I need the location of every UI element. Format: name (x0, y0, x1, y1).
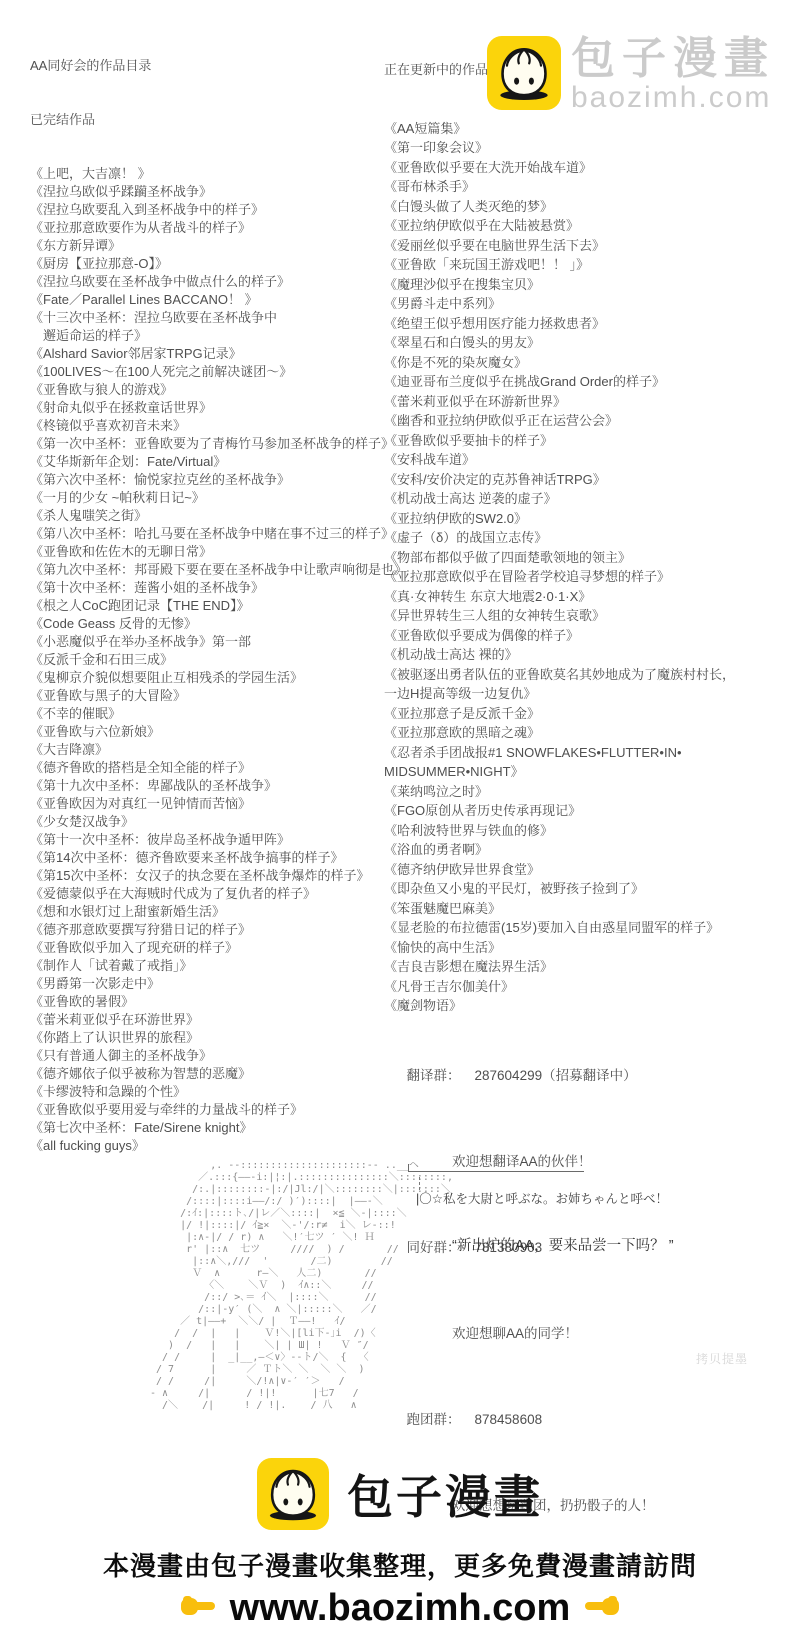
work-title: 《亚鲁欧的暑假》 (30, 993, 390, 1011)
work-title: 《鬼柳京介貌似想要阻止互相残杀的学园生活》 (30, 669, 390, 687)
work-title: 《愉快的高中生活》 (384, 938, 796, 958)
work-title: 《德齐娜依子似乎被称为智慧的恶魔》 (30, 1065, 390, 1083)
work-title: 《制作人「试着戴了戒指」》 (30, 957, 390, 975)
work-title: 《即杂鱼又小鬼的平民灯，被野孩子捡到了》 (384, 879, 796, 899)
work-title: 《安科战车道》 (384, 450, 796, 470)
work-title: 《哥布林杀手》 (384, 177, 796, 197)
work-title: 《虚子（δ）的战国立志传》 (384, 528, 796, 548)
work-title: 一边H提高等级一边复仇》 (384, 684, 796, 704)
work-title: 《十三次中圣杯：涅拉乌欧要在圣杯战争中 (30, 309, 390, 327)
work-title: 《亚鲁欧似乎要成为偶像的样子》 (384, 626, 796, 646)
work-title: 《第15次中圣杯：女汉子的执念要在圣杯战争爆炸的样子》 (30, 867, 390, 885)
footer-url-row[interactable]: www.baozimh.com (0, 1587, 800, 1630)
work-title: 《射命丸似乎在拯救童话世界》 (30, 399, 390, 417)
work-title: 《德齐那意欧要撰写狩猎日记的样子》 (30, 921, 390, 939)
work-title: 《Code Geass 反骨的无惨》 (30, 615, 390, 633)
work-title: 《哈利波特世界与铁血的修》 (384, 821, 796, 841)
work-title: 《涅拉乌欧要在圣杯战争中做点什么的样子》 (30, 273, 390, 291)
watermark-domain: baozimh.com (571, 82, 775, 114)
ongoing-works-column: 正在更新中的作品 《AA短篇集》《第一印象会议》《亚鲁欧似乎要在大洗开始战车道》… (384, 21, 796, 1055)
work-title: 《FGO原创从者历史传承再现记》 (384, 801, 796, 821)
page: 包子漫畫 baozimh.com AA同好会的作品目录 已完结作品 《上吧，大吉… (0, 0, 800, 1648)
work-title: 《Alshard Savior邻居家TRPG记录》 (30, 345, 390, 363)
ascii-art: ,. -‐:::::::::::::::::::::‐- ..__ヘ ／.:::… (150, 1160, 453, 1412)
work-title: 《莱纳鸣泣之时》 (384, 782, 796, 802)
work-title: 《蕾米莉亚似乎在环游新世界》 (384, 392, 796, 412)
speech-line-chinese: “新出炉的AA，要来品尝一下吗？ ” (452, 1234, 674, 1255)
work-title: 《厨房【亚拉那意-O】》 (30, 255, 390, 273)
footer-url[interactable]: www.baozimh.com (230, 1587, 571, 1630)
work-title: 《凡骨王吉尔伽美什》 (384, 977, 796, 997)
work-title: 《一月的少女 ~帕秋莉日记~》 (30, 489, 390, 507)
work-title: 《只有普通人御主的圣杯战争》 (30, 1047, 390, 1065)
work-title: 《第十一次中圣杯：彼岸岛圣杯战争遁甲阵》 (30, 831, 390, 849)
side-note: 拷贝提墨 (696, 1350, 748, 1367)
work-title: 《第七次中圣杯：Fate/Sirene knight》 (30, 1119, 390, 1137)
translate-group-row: 翻译群：287604299（招募翻译中） (384, 1043, 655, 1108)
watermark-brand: 包子漫畫 (571, 36, 775, 82)
work-title: 《AA短篇集》 (384, 119, 796, 139)
work-title: 《第八次中圣杯：哈扎马要在圣杯战争中赌在事不过三的样子》 (30, 525, 390, 543)
group-label: 翻译群： (407, 1065, 475, 1087)
point-left-hand-icon (584, 1593, 620, 1624)
work-title: 《第十九次中圣杯：卑鄙战队的圣杯战争》 (30, 777, 390, 795)
work-title: 《机动战士高达 逆袭的虚子》 (384, 489, 796, 509)
work-title: 《显老脸的布拉德雷(15岁)要加入自由惑星同盟军的样子》 (384, 918, 796, 938)
work-title: 《想和水银灯过上甜蜜新婚生活》 (30, 903, 390, 921)
work-title: 《100LIVES～在100人死完之前解决谜团～》 (30, 363, 390, 381)
footer: 包子漫畫 本漫畫由包子漫畫收集整理，更多免費漫畫請訪問 www.baozimh.… (0, 1458, 800, 1630)
work-title: 《亚拉那意欧要作为从者战斗的样子》 (30, 219, 390, 237)
work-title: 《蕾米莉亚似乎在环游世界》 (30, 1011, 390, 1029)
work-title: 《亚鲁欧似乎要抽卡的样子》 (384, 431, 796, 451)
work-title: 《第十次中圣杯：莲酱小姐的圣杯战争》 (30, 579, 390, 597)
work-title: 《亚拉那意欧似乎在冒险者学校追寻梦想的样子》 (384, 567, 796, 587)
work-title: 《迪亚哥布兰度似乎在挑战Grand Order的样子》 (384, 372, 796, 392)
work-title: 邂逅命运的样子》 (30, 327, 390, 345)
work-title: 《亚鲁欧「来玩国王游戏吧！！ 」》 (384, 255, 796, 275)
bubble-top-line (408, 1171, 584, 1172)
watermark-text: 包子漫畫 baozimh.com (571, 36, 775, 114)
work-title: 《不幸的催眠》 (30, 705, 390, 723)
watermark: 包子漫畫 baozimh.com (487, 36, 775, 114)
left-column-title: AA同好会的作品目录 (30, 57, 390, 75)
work-title: 《物部布都似乎做了四面楚歌领地的领主》 (384, 548, 796, 568)
work-title: 《被驱逐出勇者队伍的亚鲁欧莫名其妙地成为了魔族村村长， (384, 665, 796, 685)
work-title: 《涅拉乌欧似乎蹂躏圣杯战争》 (30, 183, 390, 201)
work-title: 《机动战士高达 裸的》 (384, 645, 796, 665)
left-column-subtitle: 已完结作品 (30, 111, 390, 129)
work-title: 《你是不死的染灰魔女》 (384, 353, 796, 373)
work-title: MIDSUMMER•NIGHT》 (384, 762, 796, 782)
completed-works-list: 《上吧，大吉凛！ 》《涅拉乌欧似乎蹂躏圣杯战争》《涅拉乌欧要乱入到圣杯战争中的样… (30, 165, 390, 1155)
work-title: 《绝望王似乎想用医疗能力拯救患者》 (384, 314, 796, 334)
work-title: 《第六次中圣杯：愉悦家拉克丝的圣杯战争》 (30, 471, 390, 489)
work-title: 《第一次中圣杯：亚鲁欧要为了青梅竹马参加圣杯战争的样子》 (30, 435, 390, 453)
work-title: 《卡缪波特和急躁的个性》 (30, 1083, 390, 1101)
work-title: 《亚拉那意子是反派千金》 (384, 704, 796, 724)
work-title: 《德齐纳伊欧异世界食堂》 (384, 860, 796, 880)
work-title: 《亚拉纳伊欧似乎在大陆被悬赏》 (384, 216, 796, 236)
work-title: 《男爵第一次影走中》 (30, 975, 390, 993)
work-title: 《all fucking guys》 (30, 1137, 390, 1155)
completed-works-column: AA同好会的作品目录 已完结作品 《上吧，大吉凛！ 》《涅拉乌欧似乎蹂躏圣杯战争… (30, 21, 390, 1191)
work-title: 《亚拉纳伊欧的SW2.0》 (384, 509, 796, 529)
work-title: 《第九次中圣杯：邦哥殿下要在要在圣杯战争中让歌声响彻是也》 (30, 561, 390, 579)
work-title: 《亚鲁欧似乎要在大洗开始战车道》 (384, 158, 796, 178)
work-title: 《艾华斯新年企划：Fate/Virtual》 (30, 453, 390, 471)
work-title: 《浴血的勇者啊》 (384, 840, 796, 860)
work-title: 《白馒头做了人类灭绝的梦》 (384, 197, 796, 217)
work-title: 《第一印象会议》 (384, 138, 796, 158)
work-title: 《亚拉那意欧的黑暗之魂》 (384, 723, 796, 743)
ongoing-works-list: 《AA短篇集》《第一印象会议》《亚鲁欧似乎要在大洗开始战车道》《哥布林杀手》《白… (384, 119, 796, 1016)
work-title: 《少女楚汉战争》 (30, 813, 390, 831)
work-title: 《亚鲁欧与狼人的游戏》 (30, 381, 390, 399)
baozi-logo-icon (487, 36, 561, 110)
work-title: 《亚鲁欧与六位新娘》 (30, 723, 390, 741)
work-title: 《小恶魔似乎在举办圣杯战争》第一部 (30, 633, 390, 651)
group-number: 878458608 (475, 1412, 543, 1427)
work-title: 《德齐鲁欧的搭档是全知全能的样子》 (30, 759, 390, 777)
work-title: 《大吉降凛》 (30, 741, 390, 759)
work-title: 《亚鲁欧似乎要用爱与牵绊的力量战斗的样子》 (30, 1101, 390, 1119)
work-title: 《忍者杀手团战报#1 SNOWFLAKES•FLUTTER•IN• (384, 743, 796, 763)
work-title: 《异世界转生三人组的女神转生哀歌》 (384, 606, 796, 626)
work-title: 《幽香和亚拉纳伊欧似乎正在运营公会》 (384, 411, 796, 431)
baozi-logo-icon (257, 1458, 329, 1530)
work-title: 《男爵斗走中系列》 (384, 294, 796, 314)
work-title: 《翠星石和白馒头的男友》 (384, 333, 796, 353)
work-title: 《吉良吉影想在魔法界生活》 (384, 957, 796, 977)
work-title: 《第14次中圣杯：德齐鲁欧要来圣杯战争搞事的样子》 (30, 849, 390, 867)
work-title: 《亚鲁欧似乎加入了现充研的样子》 (30, 939, 390, 957)
work-title: 《反派千金和石田三成》 (30, 651, 390, 669)
footer-notice: 本漫畫由包子漫畫收集整理，更多免費漫畫請訪問 (0, 1546, 800, 1583)
work-title: 《根之人CoC跑团记录【THE END】》 (30, 597, 390, 615)
footer-logo-row: 包子漫畫 (0, 1458, 800, 1530)
work-title: 《爱丽丝似乎要在电脑世界生活下去》 (384, 236, 796, 256)
group-number: 287604299（招募翻译中） (475, 1068, 637, 1083)
work-title: 《涅拉乌欧要乱入到圣杯战争中的样子》 (30, 201, 390, 219)
work-title: 《亚鲁欧和佐佐木的无聊日常》 (30, 543, 390, 561)
work-title: 《爱德蒙似乎在大海贼时代成为了复仇者的样子》 (30, 885, 390, 903)
work-title: 《亚鲁欧因为对真红一见钟情而苦恼》 (30, 795, 390, 813)
point-right-hand-icon (180, 1593, 216, 1624)
work-title: 《笨蛋魅魔巴麻美》 (384, 899, 796, 919)
work-title: 《Fate／Parallel Lines BACCANO！ 》 (30, 291, 390, 309)
work-title: 《你踏上了认识世界的旅程》 (30, 1029, 390, 1047)
work-title: 《魔理沙似乎在搜集宝贝》 (384, 275, 796, 295)
footer-brand: 包子漫畫 (347, 1461, 543, 1527)
work-title: 《真·女神转生 东京大地震2·0·1·X》 (384, 587, 796, 607)
work-title: 《安科/安价决定的克苏鲁神话TRPG》 (384, 470, 796, 490)
work-title: 《杀人鬼嗤笑之街》 (30, 507, 390, 525)
work-title: 《东方新异谭》 (30, 237, 390, 255)
work-title: 《亚鲁欧与黑子的大冒险》 (30, 687, 390, 705)
work-title: 《柊镜似乎喜欢初音未来》 (30, 417, 390, 435)
speech-line-japanese: |〇☆私を大尉と呼ぶな。お姉ちゃんと呼べ！ (416, 1189, 668, 1207)
work-title: 《上吧，大吉凛！ 》 (30, 165, 390, 183)
